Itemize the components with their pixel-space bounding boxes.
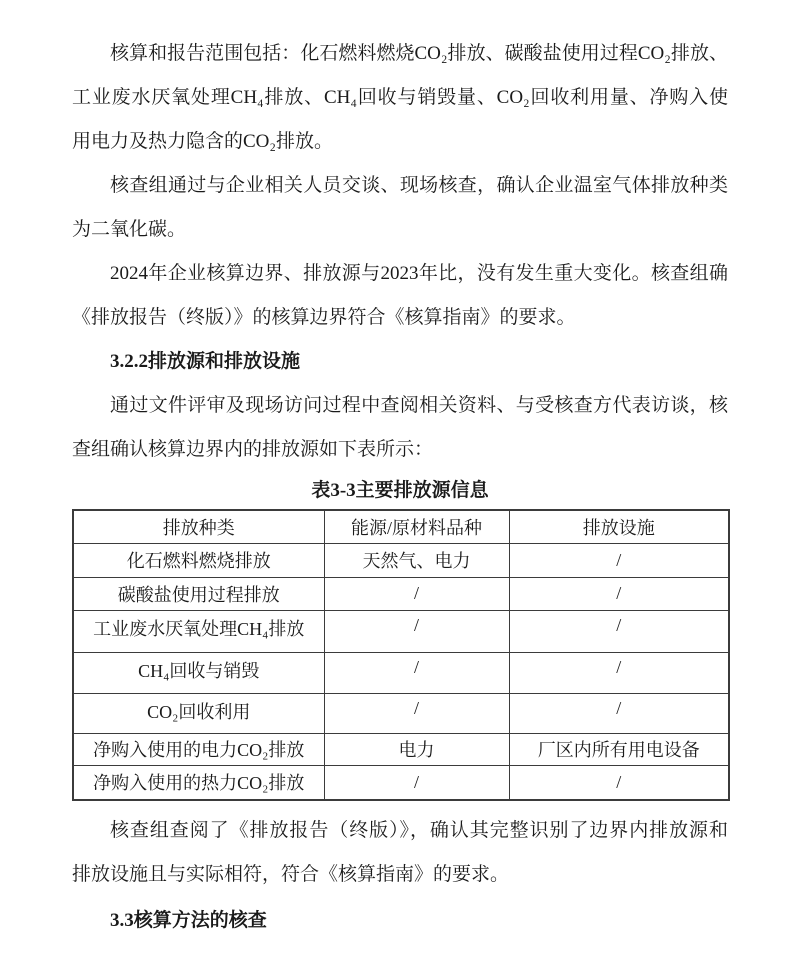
paragraph-line: 工业废水厌氧处理CH₄排放、CH₄回收与销毁量、CO₂回收利用量、净购入使 <box>72 76 728 120</box>
paragraph-line: 2024年企业核算边界、排放源与2023年比，没有发生重大变化。核查组确认 <box>72 252 728 296</box>
section-heading-3-2-2: 3.2.2排放源和排放设施 <box>72 340 728 384</box>
table-cell: 厂区内所有用电设备 <box>509 733 729 765</box>
table-cell: / <box>509 693 729 733</box>
emission-source-table: 排放种类 能源/原材料品种 排放设施 化石燃料燃烧排放 天然气、电力 / 碳酸盐… <box>72 509 730 801</box>
table-cell: / <box>509 610 729 652</box>
table-caption: 表3-3主要排放源信息 <box>72 472 728 509</box>
header-cell-energy-material: 能源/原材料品种 <box>324 510 509 543</box>
paragraph-boundary-change: 2024年企业核算边界、排放源与2023年比，没有发生重大变化。核查组确认 《排… <box>72 252 728 340</box>
paragraph-conclusion: 核查组查阅了《排放报告（终版）》，确认其完整识别了边界内排放源和 排放设施且与实… <box>72 809 728 897</box>
document-page: 核算和报告范围包括：化石燃料燃烧CO₂排放、碳酸盐使用过程CO₂排放、 工业废水… <box>0 0 800 964</box>
table-row: 工业废水厌氧处理CH₄排放 / / <box>73 610 729 652</box>
paragraph-line: 用电力及热力隐含的CO₂排放。 <box>72 120 728 164</box>
table-cell: 天然气、电力 <box>324 543 509 577</box>
table-cell: / <box>509 765 729 800</box>
paragraph-line: 核算和报告范围包括：化石燃料燃烧CO₂排放、碳酸盐使用过程CO₂排放、 <box>72 32 728 76</box>
table-cell: / <box>324 652 509 693</box>
paragraph-line: 排放设施且与实际相符，符合《核算指南》的要求。 <box>72 853 728 897</box>
header-cell-emission-type: 排放种类 <box>73 510 324 543</box>
paragraph-gas-type: 核查组通过与企业相关人员交谈、现场核查，确认企业温室气体排放种类 为二氧化碳。 <box>72 164 728 252</box>
section-heading-3-3: 3.3核算方法的核查 <box>72 899 728 943</box>
table-row: 净购入使用的电力CO₂排放 电力 厂区内所有用电设备 <box>73 733 729 765</box>
table-cell: / <box>324 577 509 610</box>
paragraph-scope: 核算和报告范围包括：化石燃料燃烧CO₂排放、碳酸盐使用过程CO₂排放、 工业废水… <box>72 32 728 164</box>
table-cell: 碳酸盐使用过程排放 <box>73 577 324 610</box>
table-row: 化石燃料燃烧排放 天然气、电力 / <box>73 543 729 577</box>
table-cell: / <box>324 693 509 733</box>
table-cell: / <box>509 652 729 693</box>
table-cell: / <box>324 610 509 652</box>
table-row: CO₂回收利用 / / <box>73 693 729 733</box>
paragraph-line: 通过文件评审及现场访问过程中查阅相关资料、与受核查方代表访谈，核 <box>72 384 728 428</box>
table-cell: 电力 <box>324 733 509 765</box>
table-cell: 净购入使用的电力CO₂排放 <box>73 733 324 765</box>
paragraph-line: 查组确认核算边界内的排放源如下表所示： <box>72 428 728 472</box>
table-row: 净购入使用的热力CO₂排放 / / <box>73 765 729 800</box>
table-row: 碳酸盐使用过程排放 / / <box>73 577 729 610</box>
table-cell: / <box>324 765 509 800</box>
table-cell: 净购入使用的热力CO₂排放 <box>73 765 324 800</box>
table-cell: CO₂回收利用 <box>73 693 324 733</box>
table-cell: / <box>509 577 729 610</box>
table-cell: CH₄回收与销毁 <box>73 652 324 693</box>
header-cell-emission-facility: 排放设施 <box>509 510 729 543</box>
paragraph-line: 核查组通过与企业相关人员交谈、现场核查，确认企业温室气体排放种类 <box>72 164 728 208</box>
paragraph-line: 核查组查阅了《排放报告（终版）》，确认其完整识别了边界内排放源和 <box>72 809 728 853</box>
paragraph-line: 《排放报告（终版）》的核算边界符合《核算指南》的要求。 <box>72 296 728 340</box>
paragraph-line: 为二氧化碳。 <box>72 208 728 252</box>
table-cell: / <box>509 543 729 577</box>
table-cell: 化石燃料燃烧排放 <box>73 543 324 577</box>
table-row: CH₄回收与销毁 / / <box>73 652 729 693</box>
table-header-row: 排放种类 能源/原材料品种 排放设施 <box>73 510 729 543</box>
table-cell: 工业废水厌氧处理CH₄排放 <box>73 610 324 652</box>
paragraph-review: 通过文件评审及现场访问过程中查阅相关资料、与受核查方代表访谈，核 查组确认核算边… <box>72 384 728 472</box>
